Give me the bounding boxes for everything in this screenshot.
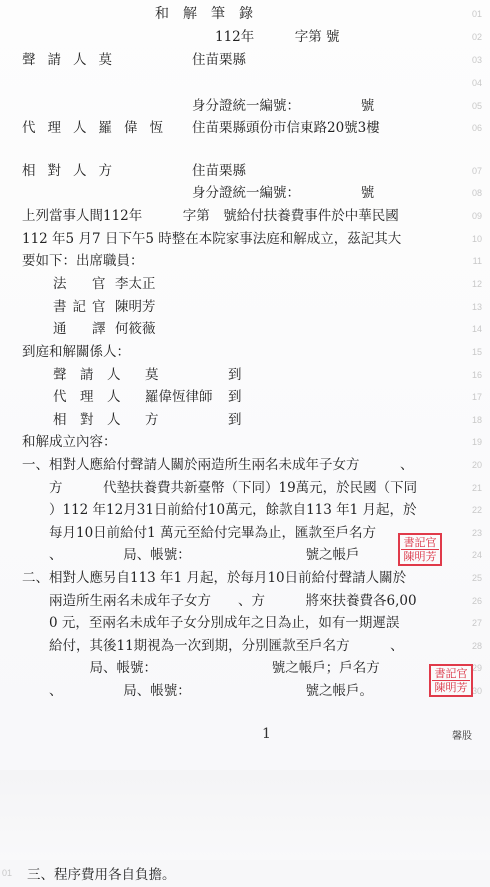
line-22: ）112 年12月31日前給付10萬元，餘款自113 年1 月起，於 22 (0, 499, 490, 521)
line-number: 13 (462, 296, 482, 318)
line-20: 一、相對人應給付聲請人關於兩造所生兩名未成年子女方 、 20 (0, 454, 490, 476)
clause-text: 方 代墊扶養費共新臺幣（下同）19萬元，於民國（下同 (22, 477, 417, 499)
body-text: 112 年5 月7 日下午5 時整在本院家事法庭和解成立，茲記其大 (22, 228, 401, 250)
clause-text: 、 局、帳號： 號之帳戶。 (22, 680, 373, 702)
line-03: 聲請人莫 住苗栗縣 03 (0, 49, 490, 71)
line-10: 112 年5 月7 日下午5 時整在本院家事法庭和解成立，茲記其大 10 (0, 228, 490, 250)
section-heading: 和解成立內容： (22, 431, 117, 453)
line-26: 兩造所生兩名未成年子女方 、方 將來扶養費各6,00 26 (0, 590, 490, 612)
staff-role: 書記官 (53, 296, 112, 318)
line-number: 07 (462, 160, 482, 182)
party-address: 住苗栗縣 (192, 49, 246, 71)
document-title: 和解筆錄 (155, 3, 267, 25)
line-15: 到庭和解關係人： 15 (0, 341, 490, 363)
line-number: 05 (462, 95, 482, 117)
stamp-title: 書記官 (401, 536, 439, 549)
stamp-name: 陳明芳 (432, 680, 470, 694)
line-number: 04 (462, 72, 482, 94)
line-01: 和解筆錄 01 (0, 3, 490, 25)
line-number: 26 (462, 590, 482, 612)
case-number: 112年 字第 號 (215, 26, 340, 48)
line-09: 上列當事人間112年 字第 號給付扶養費事件於中華民國 09 (0, 205, 490, 227)
division-label: 馨股 (452, 727, 472, 742)
page-break (0, 770, 490, 860)
staff-name: 何筱薇 (115, 318, 156, 340)
page-number: 1 (262, 726, 271, 742)
attendance-status: 到 (228, 409, 242, 431)
document-page: 和解筆錄 01 112年 字第 號 02 聲請人莫 住苗栗縣 03 04 身分證… (0, 0, 490, 887)
line-18: 相 對 人 方 到 18 (0, 409, 490, 431)
line-number: 24 (462, 544, 482, 566)
id-number: 身分證統一編號： 號 (192, 182, 374, 204)
line-number: 10 (462, 228, 482, 250)
line-number: 02 (462, 26, 482, 48)
line-number: 16 (462, 364, 482, 386)
attendee-name: 莫 (145, 364, 159, 386)
party-label-agent: 代理人羅偉恆 (22, 117, 175, 139)
line-06: 代理人羅偉恆 住苗栗縣頭份市信東路20號3樓 06 (0, 117, 490, 139)
line-number: 28 (462, 635, 482, 657)
line-14: 通 譯 何筱薇 14 (0, 318, 490, 340)
line-08: 身分證統一編號： 號 08 (0, 182, 490, 204)
body-text: 到庭和解關係人： (22, 341, 130, 363)
party-address: 住苗栗縣 (192, 160, 246, 182)
party-label-respondent: 相對人方 (22, 160, 124, 182)
clause-text: 每月10日前給付1 萬元至給付完畢為止，匯款至戶名方 (22, 522, 376, 544)
clause-text: 局、帳號： 號之帳戶；戶名方 (22, 657, 380, 679)
attendee-name: 羅偉恆律師 (145, 386, 213, 408)
clerk-seal-stamp: 書記官 陳明芳 (429, 664, 473, 697)
line-05: 身分證統一編號： 號 05 (0, 95, 490, 117)
clause-text: 0 元，至兩名未成年子女分別成年之日為止，如有一期遲誤 (22, 612, 399, 634)
line-number: 27 (462, 612, 482, 634)
next-page-line-01: 三、程序費用各自負擔。 (0, 864, 490, 886)
staff-role: 通 譯 (53, 318, 112, 340)
line-number: 17 (462, 386, 482, 408)
party-label-applicant: 聲請人莫 (22, 49, 124, 71)
line-number: 14 (462, 318, 482, 340)
line-12: 法 官 李太正 12 (0, 273, 490, 295)
attendee-role: 聲 請 人 (53, 364, 121, 386)
stamp-title: 書記官 (432, 667, 470, 680)
line-number: 23 (462, 522, 482, 544)
id-number: 身分證統一編號： 號 (192, 95, 374, 117)
line-number: 09 (462, 205, 482, 227)
attendee-role: 代 理 人 (53, 386, 121, 408)
attendee-role: 相 對 人 (53, 409, 121, 431)
body-text: 上列當事人間112年 字第 號給付扶養費事件於中華民國 (22, 205, 399, 227)
line-16: 聲 請 人 莫 到 16 (0, 364, 490, 386)
line-number: 06 (462, 117, 482, 139)
clause-text: 兩造所生兩名未成年子女方 、方 將來扶養費各6,00 (22, 590, 417, 612)
clause-text: 二、相對人應另自113 年1 月起，於每月10日前給付聲請人關於 (22, 567, 406, 589)
clause-text: 、 局、帳號： 號之帳戶 (22, 544, 360, 566)
attendee-name: 方 (145, 409, 159, 431)
attendance-status: 到 (228, 386, 242, 408)
line-25: 二、相對人應另自113 年1 月起，於每月10日前給付聲請人關於 25 (0, 567, 490, 589)
line-number: 20 (462, 454, 482, 476)
line-21: 方 代墊扶養費共新臺幣（下同）19萬元，於民國（下同 21 (0, 477, 490, 499)
party-address: 住苗栗縣頭份市信東路20號3樓 (192, 117, 380, 139)
clerk-seal-stamp: 書記官 陳明芳 (398, 533, 442, 566)
line-number: 22 (462, 499, 482, 521)
line-17: 代 理 人 羅偉恆律師 到 17 (0, 386, 490, 408)
staff-role: 法 官 (53, 273, 112, 295)
line-29: 局、帳號： 號之帳戶；戶名方 29 (0, 657, 490, 679)
line-number: 08 (462, 182, 482, 204)
line-number: 01 (462, 3, 482, 25)
line-number: 03 (462, 49, 482, 71)
stamp-name: 陳明芳 (401, 549, 439, 563)
line-number: 12 (462, 273, 482, 295)
line-02: 112年 字第 號 02 (0, 26, 490, 48)
clause-text: 三、程序費用各自負擔。 (27, 864, 176, 886)
line-13: 書記官 陳明芳 13 (0, 296, 490, 318)
line-04: 04 (0, 72, 490, 94)
staff-name: 陳明芳 (115, 296, 156, 318)
line-number: 15 (462, 341, 482, 363)
line-number: 21 (462, 477, 482, 499)
line-number: 19 (462, 431, 482, 453)
line-28: 給付，其後11期視為一次到期，分別匯款至戶名方 、 28 (0, 635, 490, 657)
clause-text: 給付，其後11期視為一次到期，分別匯款至戶名方 、 (22, 635, 404, 657)
line-19: 和解成立內容： 19 (0, 431, 490, 453)
line-07: 相對人方 住苗栗縣 07 (0, 160, 490, 182)
staff-name: 李太正 (115, 273, 156, 295)
line-number: 11 (462, 250, 482, 272)
line-number: 18 (462, 409, 482, 431)
line-30: 、 局、帳號： 號之帳戶。 30 (0, 680, 490, 702)
body-text: 要如下：出席職員： (22, 250, 144, 272)
attendance-status: 到 (228, 364, 242, 386)
line-27: 0 元，至兩名未成年子女分別成年之日為止，如有一期遲誤 27 (0, 612, 490, 634)
line-number: 25 (462, 567, 482, 589)
clause-text: 一、相對人應給付聲請人關於兩造所生兩名未成年子女方 、 (22, 454, 414, 476)
line-11: 要如下：出席職員： 11 (0, 250, 490, 272)
clause-text: ）112 年12月31日前給付10萬元，餘款自113 年1 月起，於 (22, 499, 417, 521)
